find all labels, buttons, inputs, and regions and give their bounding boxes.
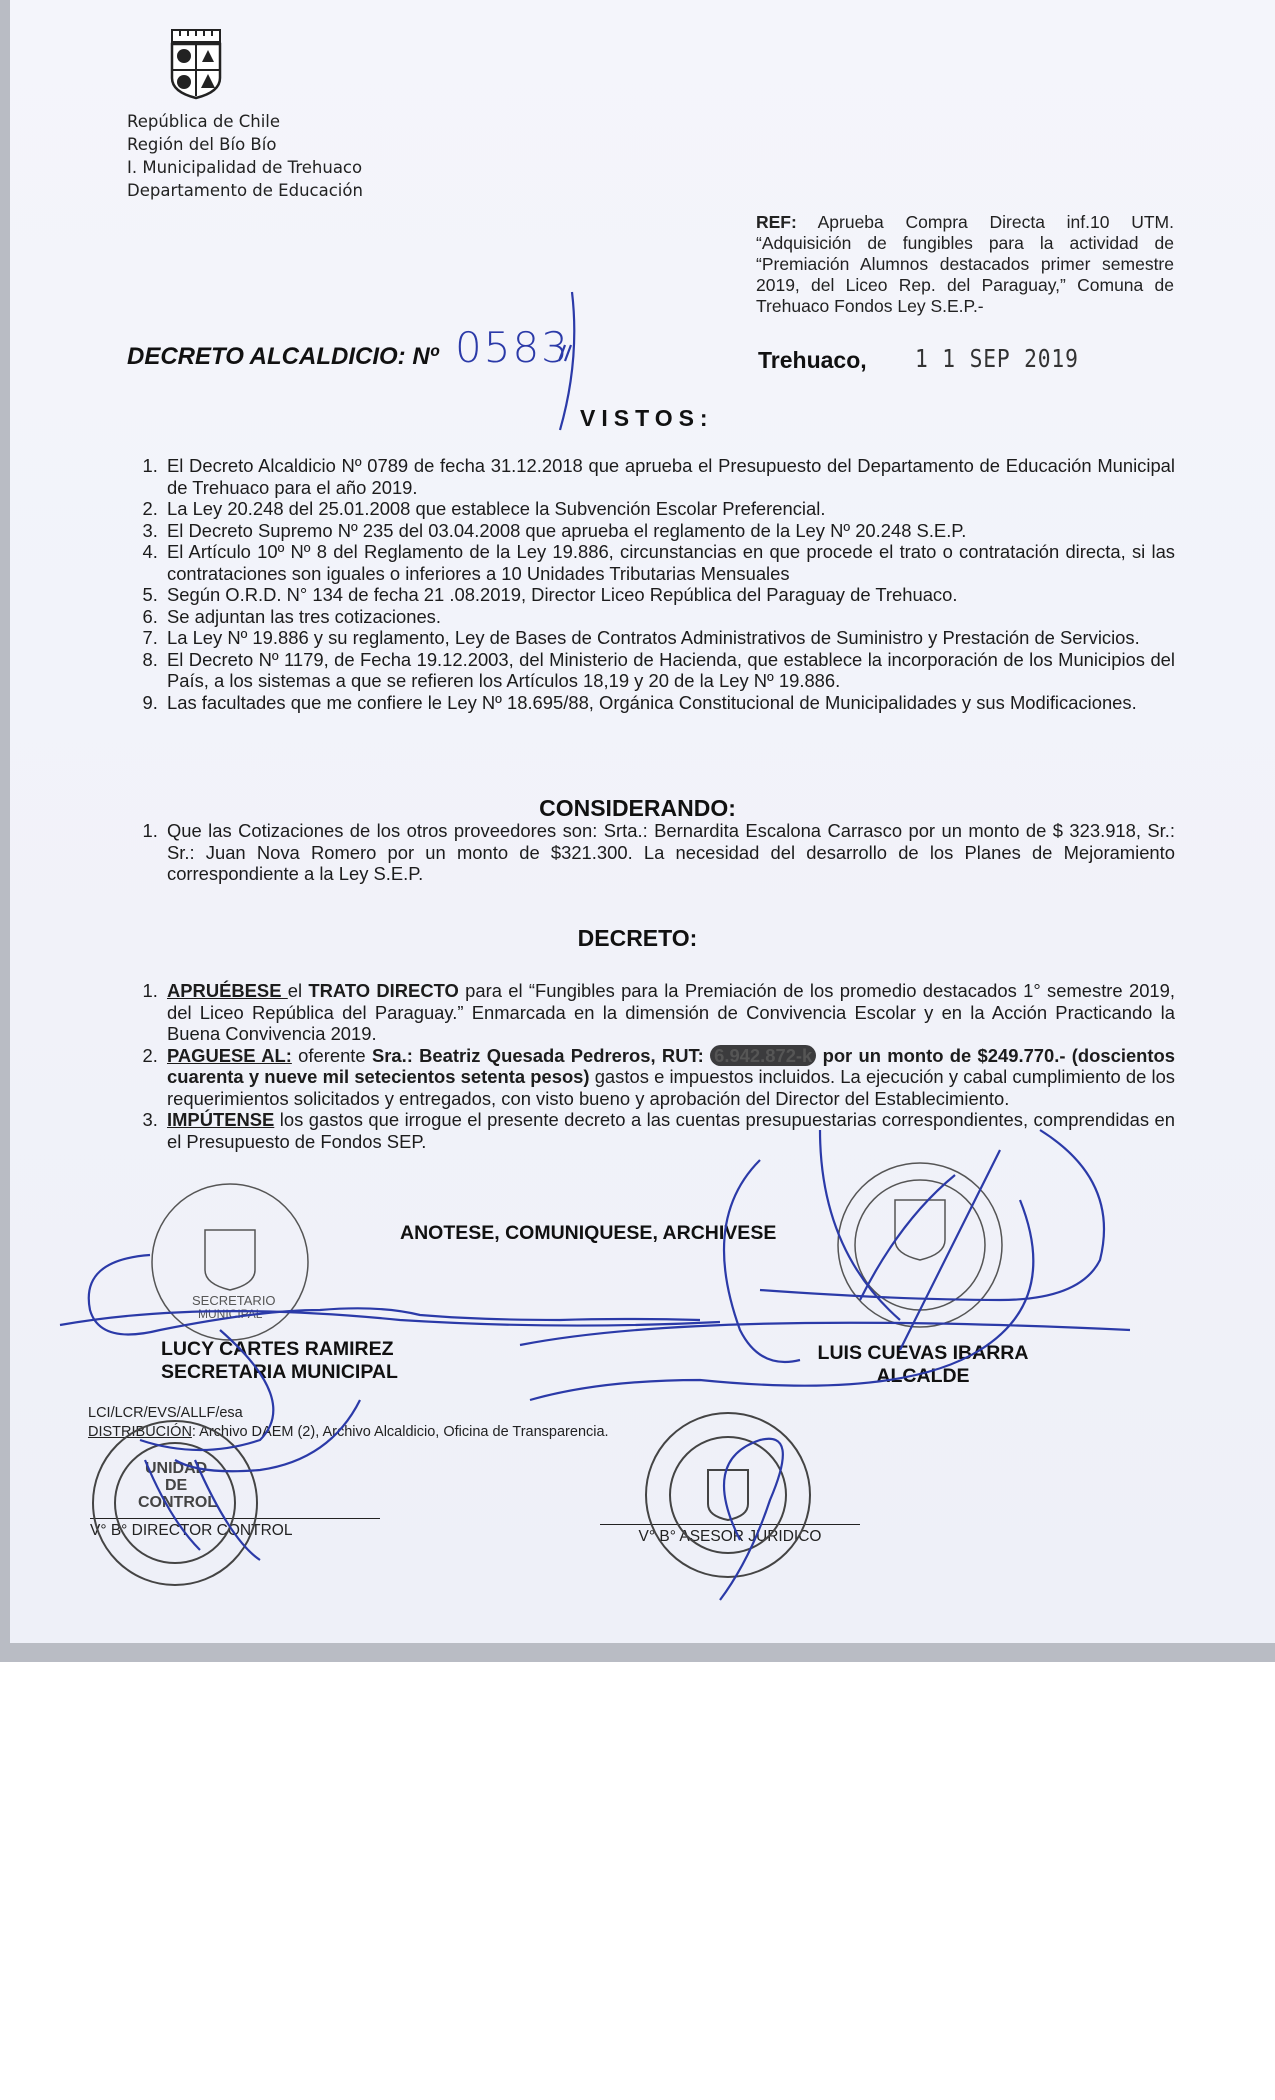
ref-label: REF: [756, 212, 797, 232]
initials: LCI/LCR/EVS/ALLF/esa [88, 1405, 243, 1421]
vistos-item: El Decreto Alcaldicio Nº 0789 de fecha 3… [163, 455, 1175, 498]
letterhead-line: Región del Bío Bío [127, 133, 363, 156]
municipal-crest-icon [166, 28, 226, 100]
signer-name: LUCY CARTES RAMIREZ [161, 1338, 398, 1361]
date-stamp: 1 1 SEP 2019 [915, 344, 1079, 373]
distribution-label: DISTRIBUCIÓN [88, 1424, 192, 1440]
payee: Sra.: Beatriz Quesada Pedreros, RUT: [372, 1045, 710, 1066]
approve-text: el [288, 980, 309, 1001]
decreto-list: APRUÉBESE el TRATO DIRECTO para el “Fung… [125, 980, 1175, 1152]
vb-director-control: V° B° DIRECTOR CONTROL [90, 1518, 380, 1540]
letterhead: República de Chile Región del Bío Bío I.… [127, 110, 363, 202]
vistos-item: El Decreto Nº 1179, de Fecha 19.12.2003,… [163, 649, 1175, 692]
trato-directo: TRATO DIRECTO [308, 980, 458, 1001]
considerando-list: Que las Cotizaciones de los otros provee… [125, 820, 1175, 885]
vistos-item: Según O.R.D. N° 134 de fecha 21 .08.2019… [163, 584, 1175, 606]
letterhead-line: República de Chile [127, 110, 363, 133]
vistos-item: El Decreto Supremo Nº 235 del 03.04.2008… [163, 520, 1175, 542]
closing-formula: ANOTESE, COMUNIQUESE, ARCHIVESE [400, 1222, 776, 1245]
vistos-list: El Decreto Alcaldicio Nº 0789 de fecha 3… [125, 455, 1175, 713]
signer-title: ALCALDE [808, 1365, 1038, 1388]
signer-name: LUIS CUEVAS IBARRA [808, 1342, 1038, 1365]
decreto-item-pay: PAGUESE AL: oferente Sra.: Beatriz Quesa… [163, 1045, 1175, 1110]
decree-number-handwritten: 0583 [455, 323, 570, 372]
impute-text: los gastos que irrogue el presente decre… [167, 1109, 1175, 1152]
vb-asesor-juridico: V° B° ASESOR JURIDICO [600, 1524, 860, 1546]
reference-block: REF: Aprueba Compra Directa inf.10 UTM. … [756, 212, 1174, 317]
vistos-item: Se adjuntan las tres cotizaciones. [163, 606, 1175, 628]
rut-redacted: 6.942.872-k [710, 1045, 816, 1066]
decreto-heading: DECRETO: [0, 925, 1275, 952]
considerando-heading: CONSIDERANDO: [0, 795, 1275, 822]
vistos-item: La Ley 20.248 del 25.01.2008 que estable… [163, 498, 1175, 520]
signature-alcalde: LUIS CUEVAS IBARRA ALCALDE [808, 1342, 1038, 1388]
approve-keyword: APRUÉBESE [167, 980, 288, 1001]
vistos-item: Las facultades que me confiere le Ley Nº… [163, 692, 1175, 714]
city-label: Trehuaco, [758, 347, 867, 374]
pay-keyword: PAGUESE AL: [167, 1045, 292, 1066]
pay-text: oferente [292, 1045, 372, 1066]
distribution-text: : Archivo DAEM (2), Archivo Alcaldicio, … [192, 1424, 609, 1440]
ref-text: Aprueba Compra Directa inf.10 UTM. “Adqu… [756, 212, 1174, 316]
signer-title: SECRETARIA MUNICIPAL [161, 1361, 398, 1384]
impute-keyword: IMPÚTENSE [167, 1109, 274, 1130]
considerando-item: Que las Cotizaciones de los otros provee… [163, 820, 1175, 885]
vistos-item: El Artículo 10º Nº 8 del Reglamento de l… [163, 541, 1175, 584]
decreto-item-impute: IMPÚTENSE los gastos que irrogue el pres… [163, 1109, 1175, 1152]
vistos-item: La Ley Nº 19.886 y su reglamento, Ley de… [163, 627, 1175, 649]
vistos-heading: VISTOS: [580, 405, 714, 432]
letterhead-line: I. Municipalidad de Trehuaco [127, 156, 363, 179]
letterhead-line: Departamento de Educación [127, 179, 363, 202]
decree-title: DECRETO ALCALDICIO: Nº [127, 343, 438, 371]
signature-secretaria: LUCY CARTES RAMIREZ SECRETARIA MUNICIPAL [161, 1338, 398, 1384]
decreto-item-approve: APRUÉBESE el TRATO DIRECTO para el “Fung… [163, 980, 1175, 1045]
distribution: DISTRIBUCIÓN: Archivo DAEM (2), Archivo … [88, 1424, 609, 1440]
